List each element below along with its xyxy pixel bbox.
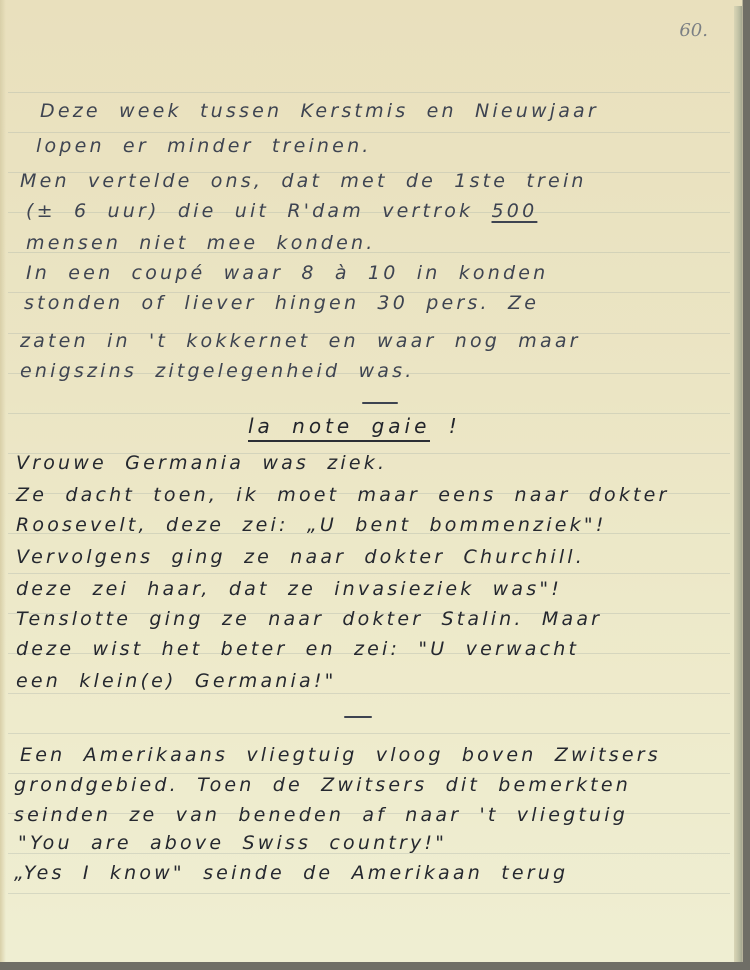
handwritten-line: mensen niet mee konden. [26,232,375,254]
handwritten-line: zaten in 't kokkernet en waar nog maar [20,330,581,352]
page-edge [734,6,742,962]
section-divider [344,716,372,718]
handwritten-line: Men vertelde ons, dat met de 1ste trein [20,170,587,192]
ruled-line [8,132,730,133]
ruled-line [8,92,730,93]
title-exclamation: ! [449,414,461,438]
underlined-number: 500 [492,200,538,222]
handwritten-line: stonden of liever hingen 30 pers. Ze [24,292,539,314]
title-text: la note gaie [248,414,430,442]
ruled-line [8,893,730,894]
handwritten-line: Vervolgens ging ze naar dokter Churchill… [16,546,585,568]
handwritten-line: Ze dacht toen, ik moet maar eens naar do… [16,484,670,506]
section-divider [362,402,398,404]
notebook-page: 60. Deze week tussen Kerstmis en Nieuwja… [0,0,743,962]
handwritten-line: lopen er minder treinen. [36,135,372,157]
handwritten-line: deze wist het beter en zei: "U verwacht [16,638,579,660]
handwritten-line: grondgebied. Toen de Zwitsers dit bemerk… [14,774,631,796]
handwritten-line: „Yes I know" seinde de Amerikaan terug [14,862,568,884]
handwritten-line: Tenslotte ging ze naar dokter Stalin. Ma… [16,608,602,630]
handwritten-line: seinden ze van beneden af naar 't vliegt… [14,804,628,826]
handwritten-line: "You are above Swiss country!" [18,832,447,854]
handwritten-line: deze zei haar, dat ze invasieziek was"! [16,578,562,600]
handwritten-line: Vrouwe Germania was ziek. [16,452,387,474]
section-title: la note gaie ! [248,414,461,438]
page-number: 60. [679,20,708,41]
handwritten-line: Deze week tussen Kerstmis en Nieuwjaar [40,100,599,122]
line-text: (± 6 uur) die uit R'dam vertrok [26,200,473,222]
ruled-line [8,733,730,734]
handwritten-line: Een Amerikaans vliegtuig vloog boven Zwi… [20,744,661,766]
handwritten-line: In een coupé waar 8 à 10 in konden [26,262,548,284]
handwritten-line: enigszins zitgelegenheid was. [20,360,414,382]
handwritten-line: (± 6 uur) die uit R'dam vertrok 500 [26,200,537,222]
handwritten-line: een klein(e) Germania!" [16,670,337,692]
ruled-line [8,693,730,694]
ruled-line [8,573,730,574]
handwritten-line: Roosevelt, deze zei: „U bent bommenziek"… [16,514,607,536]
